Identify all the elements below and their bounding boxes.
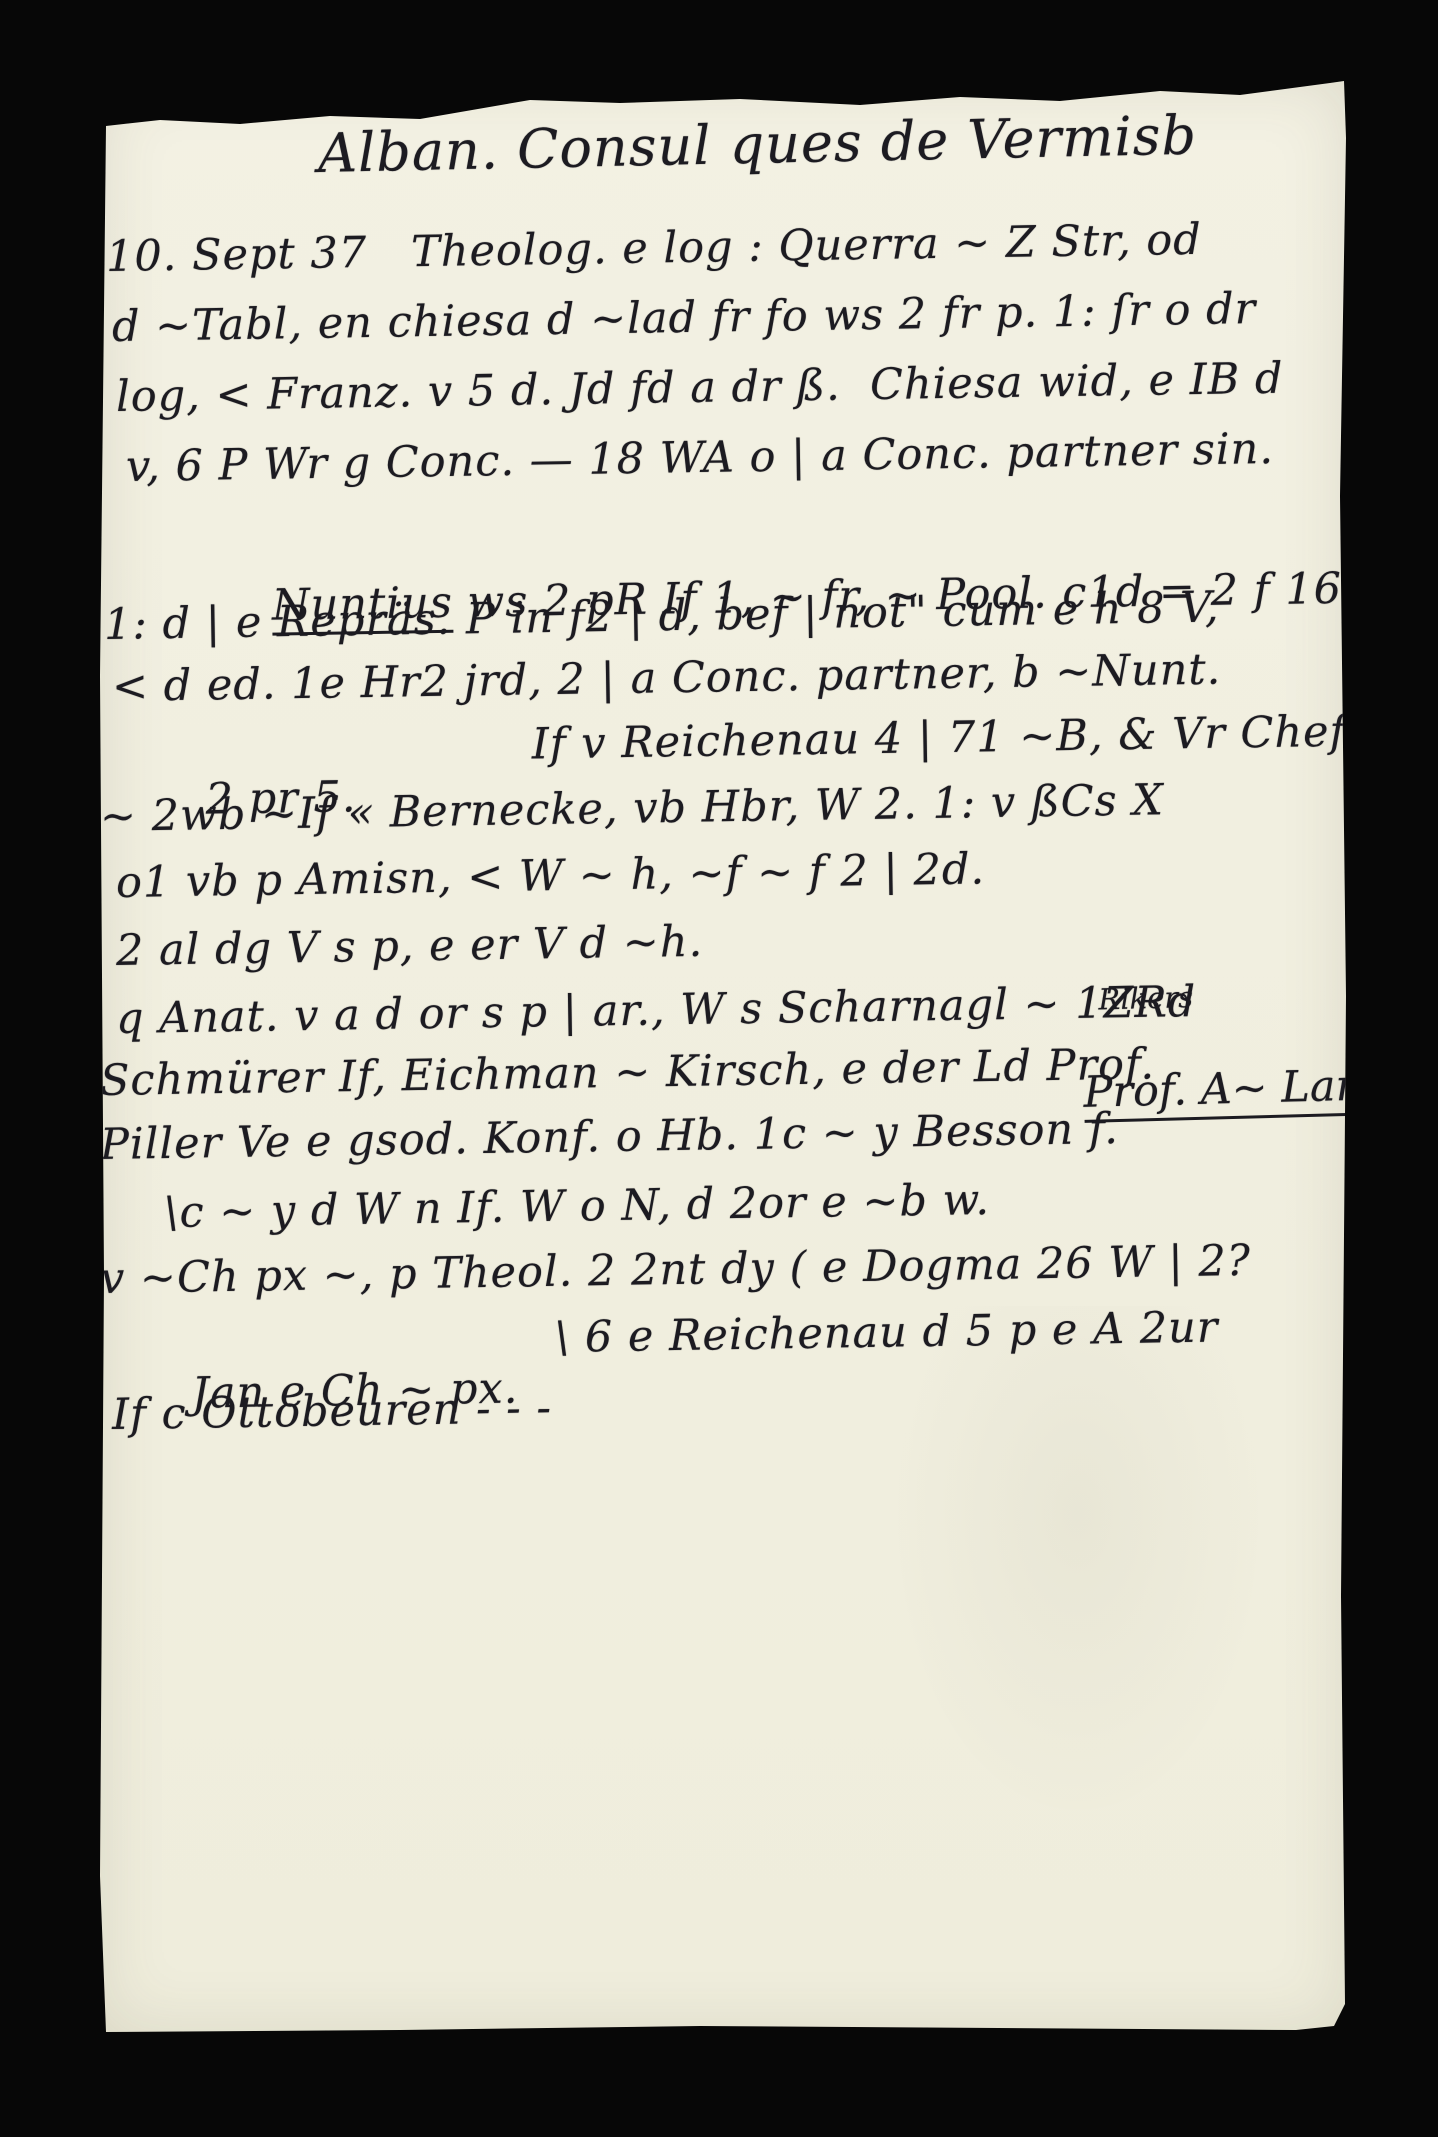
manuscript-line-16: \c ~ y d W n If. W o N, d 2or e ~b w. [164,1175,991,1238]
manuscript-line-18-seg2: \ 6 e Reichenau d 5 p e A 2ur [554,1302,1218,1362]
manuscript-line-5: v, 6 P Wr g Conc. — 18 WA o | a Conc. pa… [126,424,1275,492]
manuscript-line-12: 2 al dg V s p, e er V d ~h. [116,917,704,976]
manuscript-page: Alban. Consul ques de Vermisb 10. Sept 3… [98,76,1350,2036]
manuscript-line-4: log, < Franz. v 5 d. Jd fd a dr ß. Chies… [116,354,1284,422]
manuscript-title: Alban. Consul ques de Vermisb [317,104,1197,185]
manuscript-line-19: If c Ottobeuren - - - [112,1383,553,1440]
manuscript-line-15: Piller Ve e gsod. Konf. o Hb. 1c ~ y Bes… [100,1104,1120,1170]
manuscript-line-9-seg2: If v Reichenau 4 | 71 ~B, & Vr Chef [531,707,1346,770]
manuscript-line-17: v ~Ch px ~, p Theol. 2 2nt dy ( e Dogma … [100,1236,1252,1304]
scan-background: Alban. Consul ques de Vermisb 10. Sept 3… [0,0,1438,2137]
manuscript-line-14: Schmürer If, Eichman ~ Kirsch, e der Ld … [100,1039,1156,1106]
manuscript-line-13: q Anat. v a d or s p | ar., W s Scharnag… [116,977,1197,1044]
manuscript-line-2: 10. Sept 37 Theolog. e log : Querra ~ Z … [106,215,1203,282]
annotation-superscript: ier [1404,1072,1435,1098]
show-through-smudge [888,1306,1268,1826]
manuscript-line-3: d ~Tabl, en chiesa d ~lad fr fo ws 2 fr … [112,284,1257,352]
